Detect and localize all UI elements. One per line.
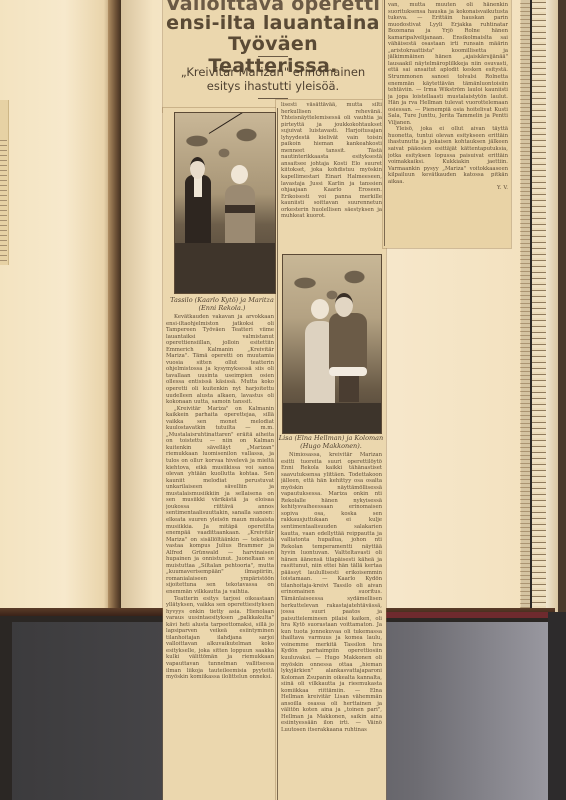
photo-caption-1: Tassilo (Kaarlo Kytö) ja Maritza (Enni R…	[166, 296, 278, 312]
red-binding	[385, 612, 555, 618]
page-stack-edge	[558, 0, 566, 612]
page-stack-edge	[546, 0, 558, 612]
headline-line-2: ensi-ilta lauantaina	[163, 12, 383, 34]
scanner-frame	[548, 612, 566, 800]
article-text-col2: Nimiosassa, kreivitär Marizan esitti tuo…	[281, 452, 382, 800]
photo-tassilo-maritza	[174, 112, 276, 294]
photo-caption-2: Lisa (Elna Hellman) ja Koloman (Hugo Mak…	[278, 434, 384, 450]
photo-lisa-koloman	[282, 254, 382, 434]
divider	[258, 98, 288, 99]
left-page	[0, 0, 118, 610]
column-rule	[277, 108, 278, 800]
divider	[258, 56, 288, 57]
left-page-clipping-edge	[0, 100, 9, 265]
article-text-col1: Kevätkauden vakavan ja arvokkaan ensi-il…	[166, 314, 274, 800]
scrapbook-album: Valloittava operetti ensi-ilta lauantain…	[0, 0, 566, 800]
subheadline-line-1: „Kreivitär Marizan" erinomainen	[163, 65, 383, 79]
article-text-col3: van, mutta muuten oli hänenkin suorituks…	[388, 2, 508, 246]
article-text-col2-top: lisesti väsättävää, mutta silti herkulli…	[281, 102, 382, 250]
column-rule	[384, 0, 385, 246]
page-stack-edge	[520, 0, 530, 612]
clipping-header: Valloittava operetti ensi-ilta lauantain…	[163, 0, 383, 112]
author-signature: Y. V.	[388, 185, 508, 192]
subheadline-line-2: esitys ihastutti yleisöä.	[163, 79, 383, 93]
book-gutter	[108, 0, 122, 612]
page-stack-edge	[532, 0, 546, 612]
